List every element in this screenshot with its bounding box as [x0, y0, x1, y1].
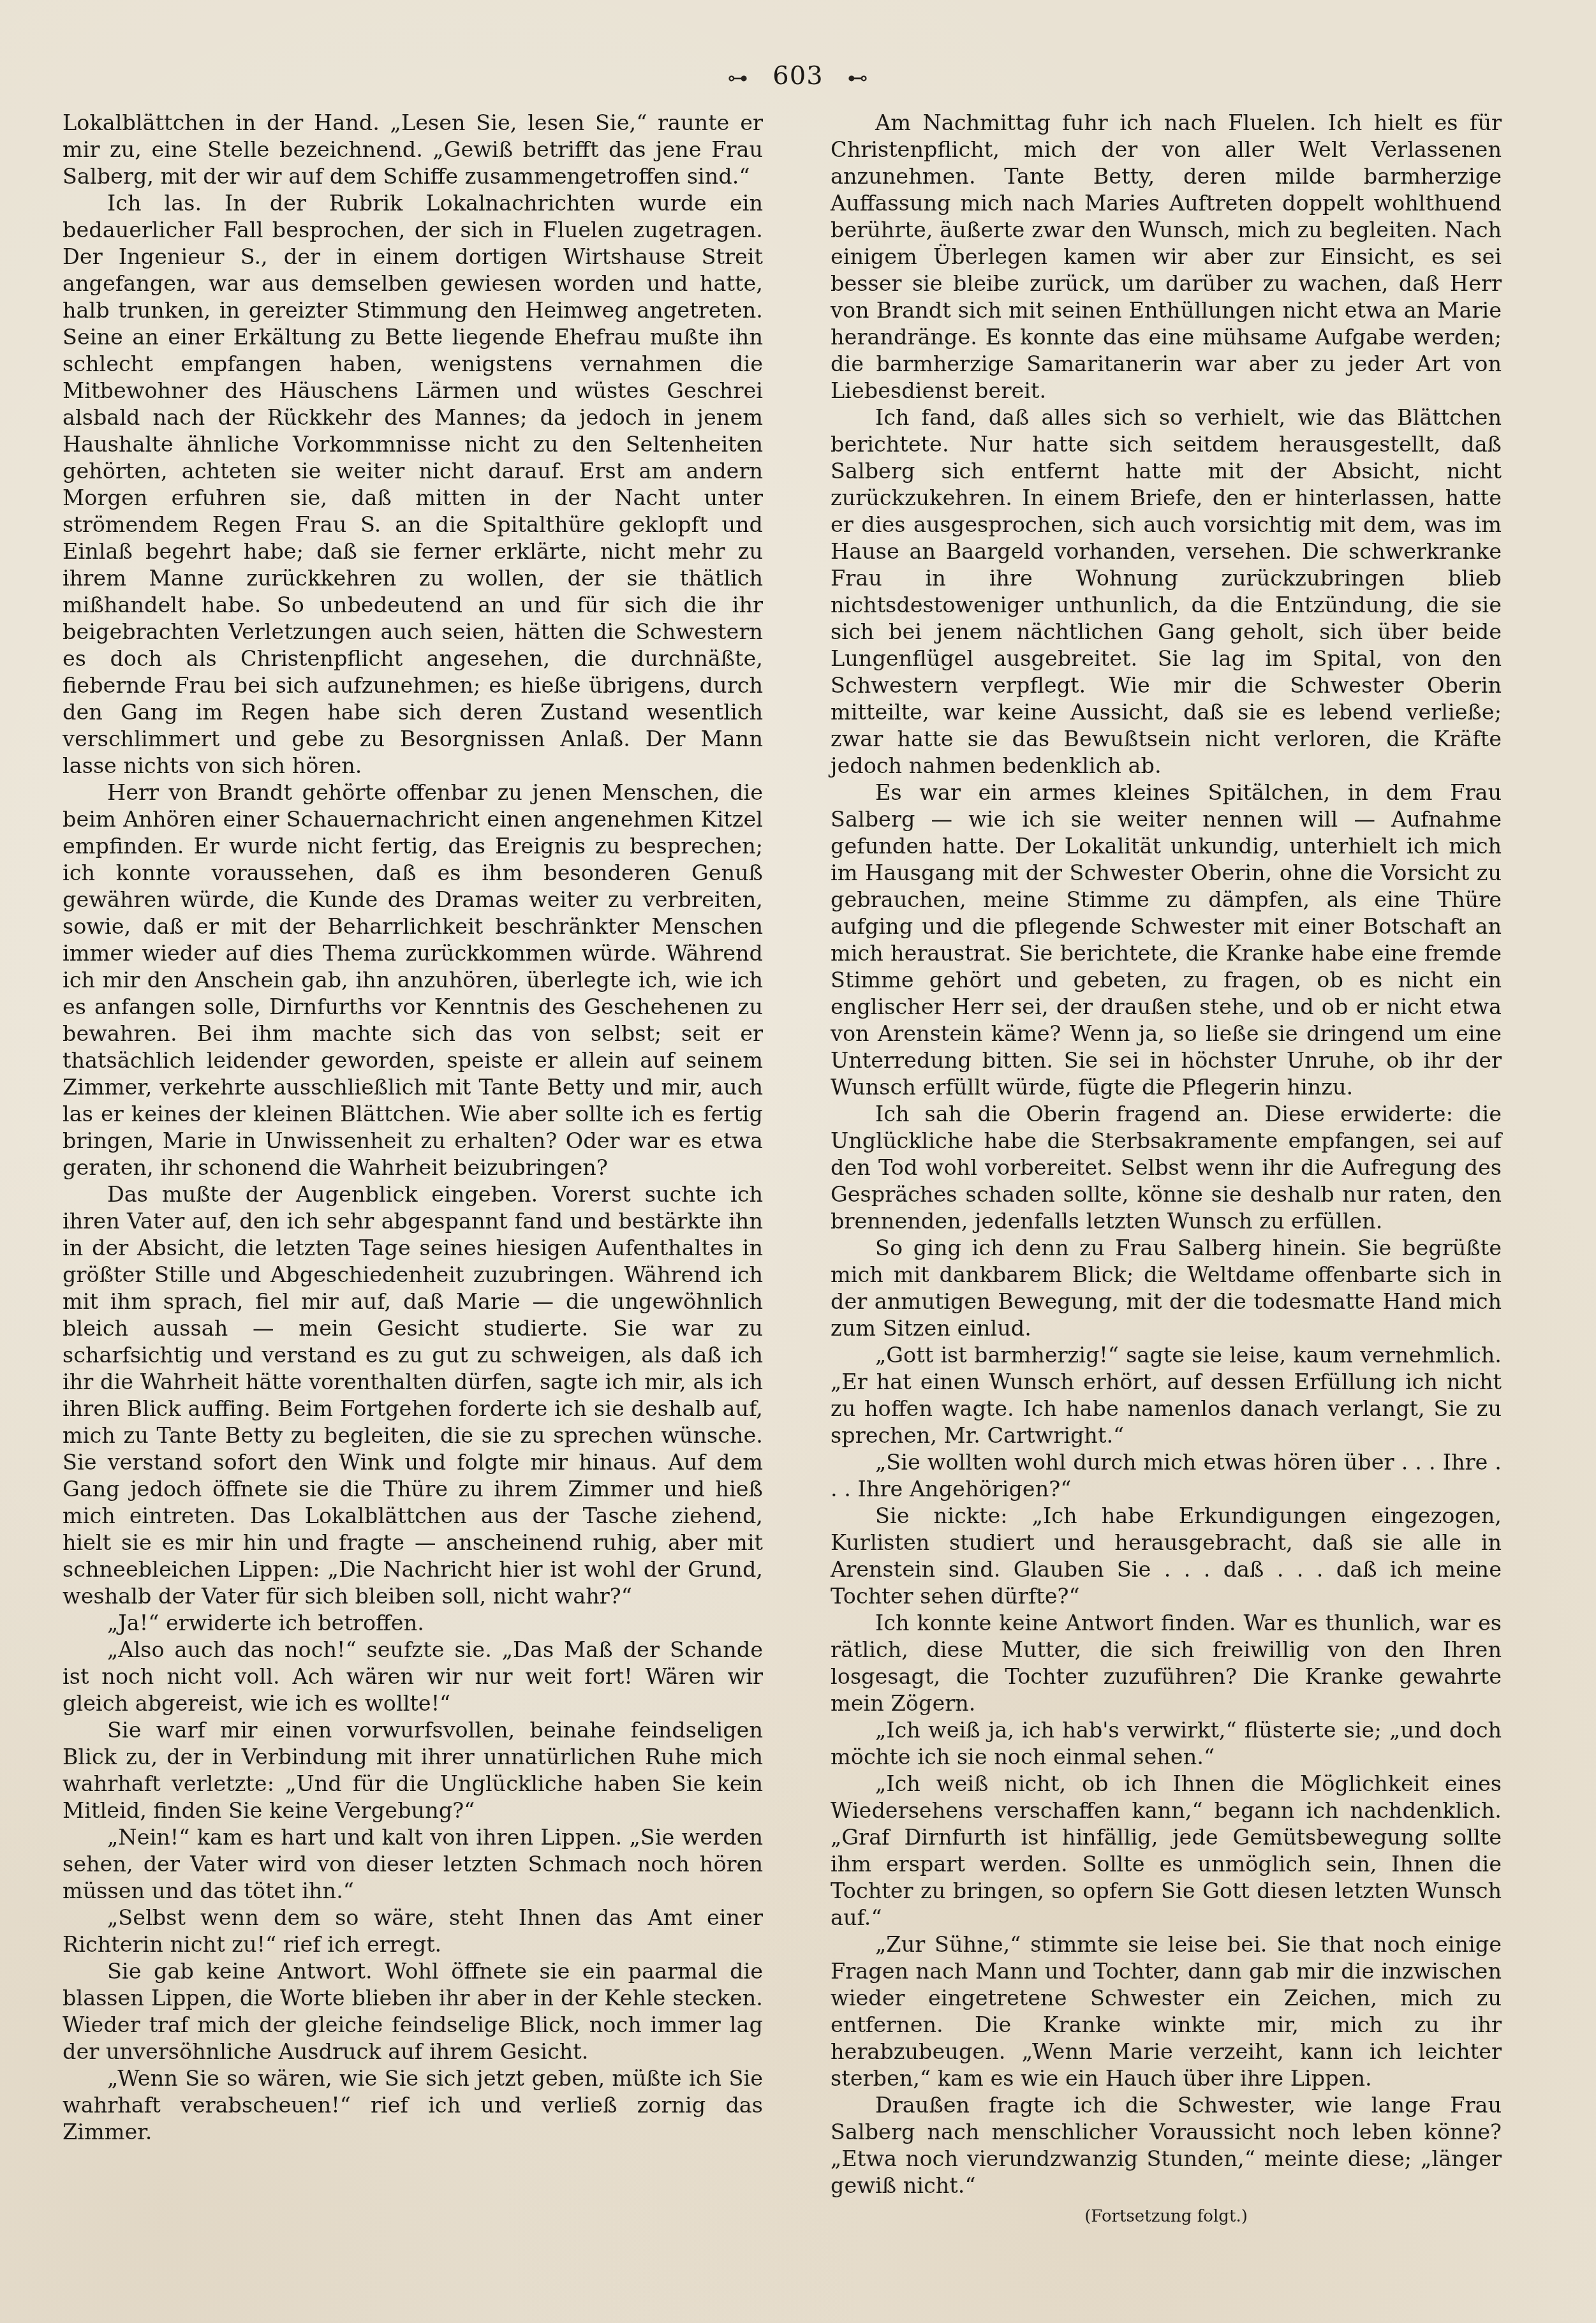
paragraph: Draußen fragte ich die Schwester, wie la…: [831, 2092, 1502, 2199]
ornament-left-icon: ⊶: [728, 66, 749, 90]
right-column: Am Nachmittag fuhr ich nach Fluelen. Ich…: [831, 110, 1502, 2230]
left-column: Lokalblättchen in der Hand. „Lesen Sie, …: [63, 110, 763, 2146]
column-divider: [795, 112, 796, 2172]
paragraph: „Ich weiß ja, ich hab's verwirkt,“ flüst…: [831, 1717, 1502, 1771]
page-header: ⊶ 603 ⊷: [0, 61, 1596, 91]
paragraph: Am Nachmittag fuhr ich nach Fluelen. Ich…: [831, 110, 1502, 404]
paragraph: Sie warf mir einen vorwurfsvollen, beina…: [63, 1717, 763, 1824]
paragraph: Ich fand, daß alles sich so verhielt, wi…: [831, 404, 1502, 779]
ornament-right-icon: ⊷: [847, 66, 868, 90]
paragraph: Es war ein armes kleines Spitälchen, in …: [831, 779, 1502, 1101]
paragraph: Ich konnte keine Antwort finden. War es …: [831, 1610, 1502, 1717]
paragraph: Sie nickte: „Ich habe Erkundigungen eing…: [831, 1503, 1502, 1610]
paragraph: „Also auch das noch!“ seufzte sie. „Das …: [63, 1637, 763, 1717]
paragraph: So ging ich denn zu Frau Salberg hinein.…: [831, 1235, 1502, 1342]
paragraph: Lokalblättchen in der Hand. „Lesen Sie, …: [63, 110, 763, 190]
continued-note: (Fortsetzung folgt.): [831, 2203, 1502, 2230]
paragraph: „Nein!“ kam es hart und kalt von ihren L…: [63, 1824, 763, 1905]
paragraph: Sie gab keine Antwort. Wohl öffnete sie …: [63, 1958, 763, 2065]
paragraph: „Selbst wenn dem so wäre, steht Ihnen da…: [63, 1905, 763, 1958]
page-number: 603: [772, 61, 823, 91]
paragraph: Ich las. In der Rubrik Lokalnachrichten …: [63, 190, 763, 779]
paragraph: Das mußte der Augenblick eingeben. Vorer…: [63, 1181, 763, 1610]
paragraph: Herr von Brandt gehörte offenbar zu jene…: [63, 779, 763, 1181]
paragraph: „Ich weiß nicht, ob ich Ihnen die Möglic…: [831, 1771, 1502, 1931]
paragraph: „Wenn Sie so wären, wie Sie sich jetzt g…: [63, 2065, 763, 2146]
paragraph: „Sie wollten wohl durch mich etwas hören…: [831, 1449, 1502, 1503]
paragraph: „Zur Sühne,“ stimmte sie leise bei. Sie …: [831, 1931, 1502, 2092]
paragraph: „Gott ist barmherzig!“ sagte sie leise, …: [831, 1342, 1502, 1449]
paragraph: „Ja!“ erwiderte ich betroffen.: [63, 1610, 763, 1637]
paragraph: Ich sah die Oberin fragend an. Diese erw…: [831, 1101, 1502, 1235]
